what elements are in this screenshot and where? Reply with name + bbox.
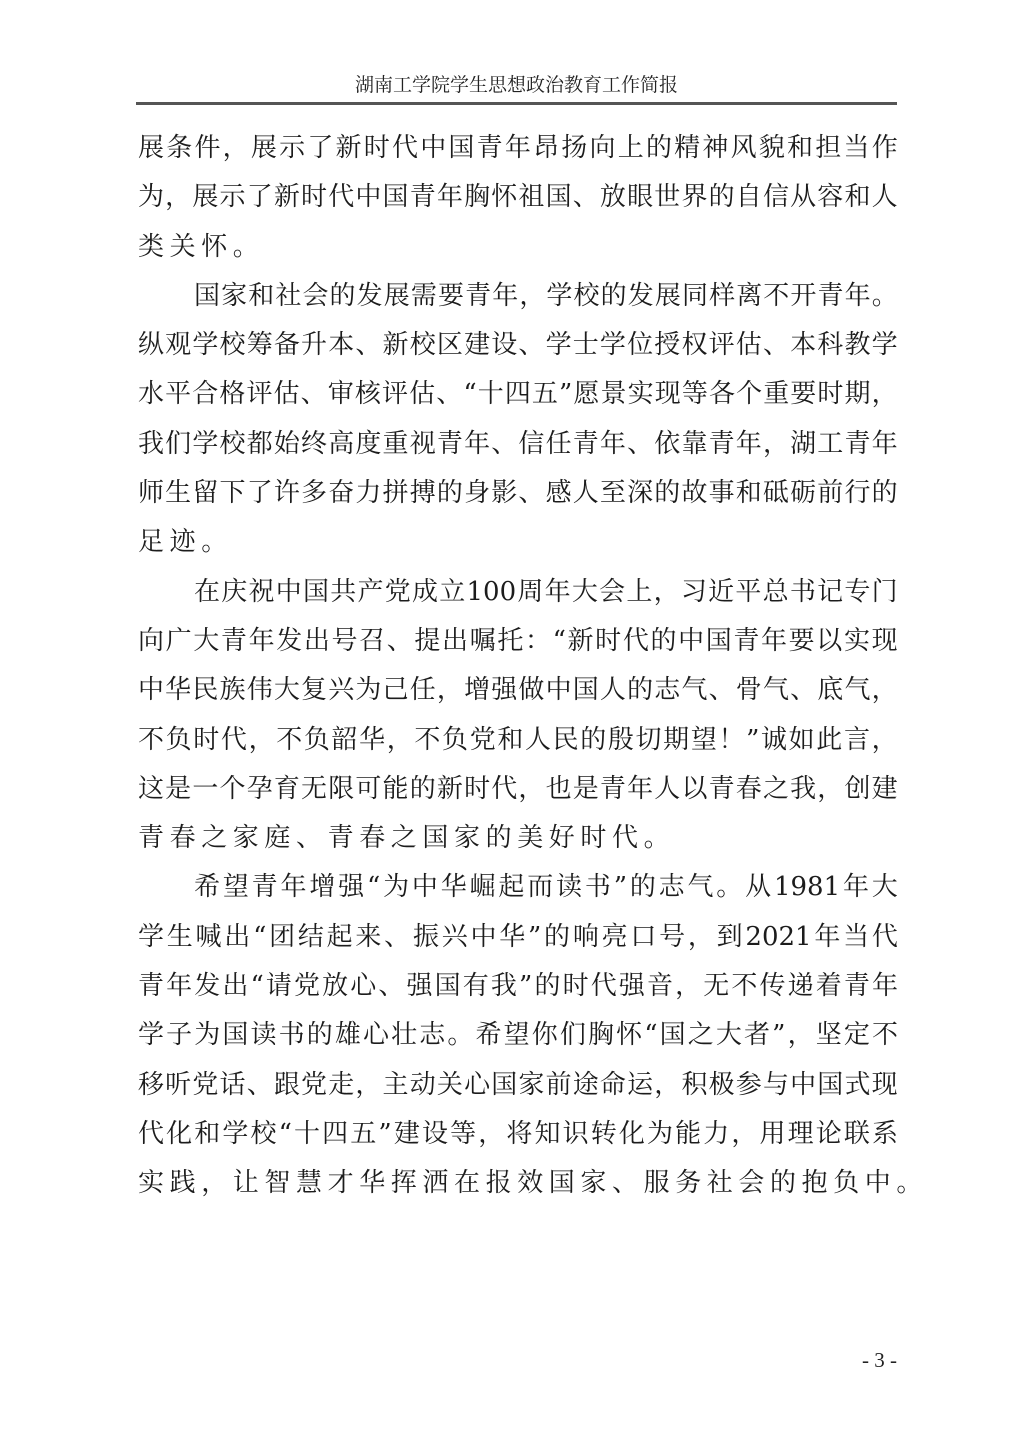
document-body: 展条件，展示了新时代中国青年昂扬向上的精神风貌和担当作为，展示了新时代中国青年胸… xyxy=(138,124,898,1209)
text-line: 实践，让智慧才华挥洒在报效国家、服务社会的抱负中。 xyxy=(138,1159,898,1208)
text-line: 师生留下了许多奋力拼搏的身影、感人至深的故事和砥砺前行的 xyxy=(138,469,898,518)
header-divider xyxy=(136,102,897,105)
text-line: 向广大青年发出号召、提出嘱托：“新时代的中国青年要以实现 xyxy=(138,617,898,666)
text-line: 不负时代，不负韶华，不负党和人民的殷切期望！”诚如此言， xyxy=(138,716,898,765)
paragraph-first-line: 在庆祝中国共产党成立100周年大会上，习近平总书记专门 xyxy=(138,568,898,617)
text-line: 代化和学校“十四五”建设等，将知识转化为能力，用理论联系 xyxy=(138,1110,898,1159)
text-line: 青春之家庭、青春之国家的美好时代。 xyxy=(138,814,898,863)
text-line: 展条件，展示了新时代中国青年昂扬向上的精神风貌和担当作 xyxy=(138,124,898,173)
paragraph-first-line: 国家和社会的发展需要青年，学校的发展同样离不开青年。 xyxy=(138,272,898,321)
paragraph-first-line: 希望青年增强“为中华崛起而读书”的志气。从1981年大 xyxy=(138,863,898,912)
text-line: 我们学校都始终高度重视青年、信任青年、依靠青年，湖工青年 xyxy=(138,420,898,469)
text-line: 水平合格评估、审核评估、“十四五”愿景实现等各个重要时期， xyxy=(138,370,898,419)
text-line: 纵观学校筹备升本、新校区建设、学士学位授权评估、本科教学 xyxy=(138,321,898,370)
page-number: - 3 - xyxy=(862,1348,897,1373)
page-header-title: 湖南工学院学生思想政治教育工作简报 xyxy=(136,72,897,98)
text-line: 青年发出“请党放心、强国有我”的时代强音，无不传递着青年 xyxy=(138,962,898,1011)
text-line: 足迹。 xyxy=(138,518,898,567)
text-line: 为，展示了新时代中国青年胸怀祖国、放眼世界的自信从容和人 xyxy=(138,173,898,222)
text-line: 中华民族伟大复兴为己任，增强做中国人的志气、骨气、底气， xyxy=(138,666,898,715)
text-line: 类关怀。 xyxy=(138,223,898,272)
text-line: 学子为国读书的雄心壮志。希望你们胸怀“国之大者”，坚定不 xyxy=(138,1011,898,1060)
text-line: 移听党话、跟党走，主动关心国家前途命运，积极参与中国式现 xyxy=(138,1061,898,1110)
text-line: 学生喊出“团结起来、振兴中华”的响亮口号，到2021年当代 xyxy=(138,913,898,962)
text-line: 这是一个孕育无限可能的新时代，也是青年人以青春之我，创建 xyxy=(138,765,898,814)
